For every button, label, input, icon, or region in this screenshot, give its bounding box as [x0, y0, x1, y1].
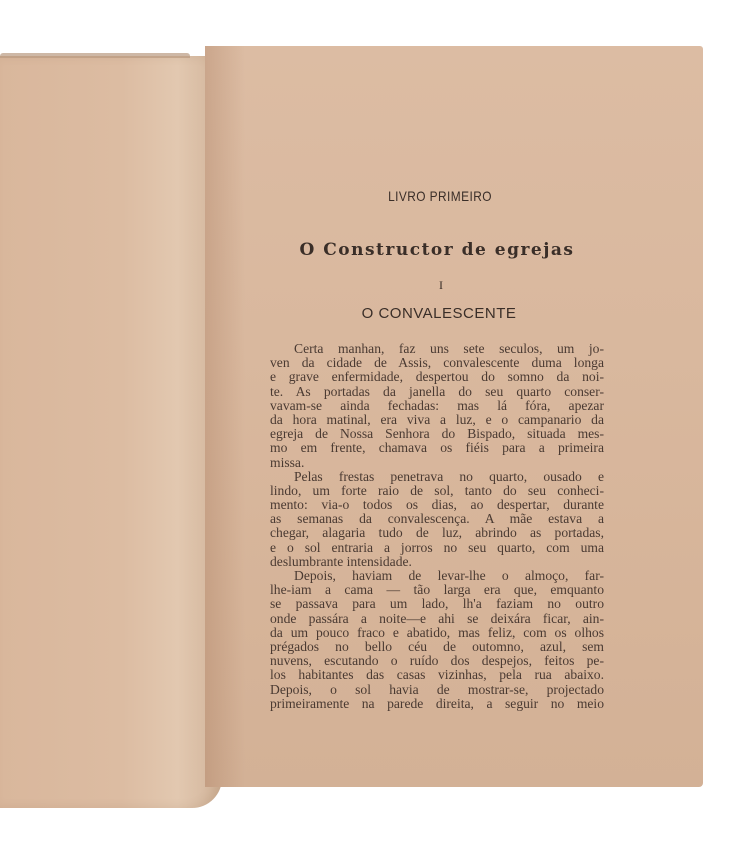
text-line: e o sol entraria a jorros no seu quarto,… [270, 541, 604, 555]
text-line: mo em frente, chamava os fiéis para a pr… [270, 441, 604, 455]
text-line: los habitantes das casas vizinhas, pela … [270, 668, 604, 682]
chapter-number: I [278, 278, 604, 293]
text-line: Pelas frestas penetrava no quarto, ousad… [270, 470, 604, 484]
text-line: Depois, o sol havia de mostrar-se, proje… [270, 683, 604, 697]
text-line: vavam-se ainda fechadas: mas lá fóra, ap… [270, 399, 604, 413]
body-text: Certa manhan, faz uns sete seculos, um j… [270, 342, 604, 711]
text-line: da hora matinal, era viva a luz, e o cam… [270, 413, 604, 427]
part-title: O Constructor de egrejas [270, 240, 604, 260]
text-line: deslumbrante intensidade. [270, 555, 604, 569]
text-line: e grave enfermidade, despertou do somno … [270, 370, 604, 384]
text-line: te. As portadas da janella do seu quarto… [270, 385, 604, 399]
gutter-shadow [205, 46, 245, 787]
text-line: Certa manhan, faz uns sete seculos, um j… [270, 342, 604, 356]
text-line: onde passára a noite—e ahi se deixára fi… [270, 612, 604, 626]
chapter-title: O CONVALESCENTE [274, 305, 604, 322]
text-line: egreja de Nossa Senhora do Bispado, situ… [270, 427, 604, 441]
text-line: nuvens, escutando o ruído dos despejos, … [270, 654, 604, 668]
text-line: ven da cidade de Assis, convalescente du… [270, 356, 604, 370]
text-line: as semanas da convalescença. A mãe estav… [270, 512, 604, 526]
text-line: Depois, haviam de levar-lhe o almoço, fa… [270, 569, 604, 583]
text-line: da um pouco fraco e abatido, mas feliz, … [270, 626, 604, 640]
text-line: chegar, alagaria tudo de luz, abrindo as… [270, 526, 604, 540]
text-line: lindo, um forte raio de sol, tanto do se… [270, 484, 604, 498]
text-line: missa. [270, 456, 604, 470]
text-line: mento: via-o todos os dias, ao despertar… [270, 498, 604, 512]
text-line: lhe-iam a cama — tão larga era que, emqu… [270, 583, 604, 597]
text-line: prégados no bello céu de outomno, azul, … [270, 640, 604, 654]
page-text-column: LIVRO PRIMEIRO O Constructor de egrejas … [270, 188, 604, 711]
text-line: primeiramente na parede direita, a segui… [270, 697, 604, 711]
book-title: LIVRO PRIMEIRO [301, 188, 580, 204]
left-page-curled [0, 56, 222, 808]
text-line: se passava para um lado, lh'a faziam no … [270, 597, 604, 611]
